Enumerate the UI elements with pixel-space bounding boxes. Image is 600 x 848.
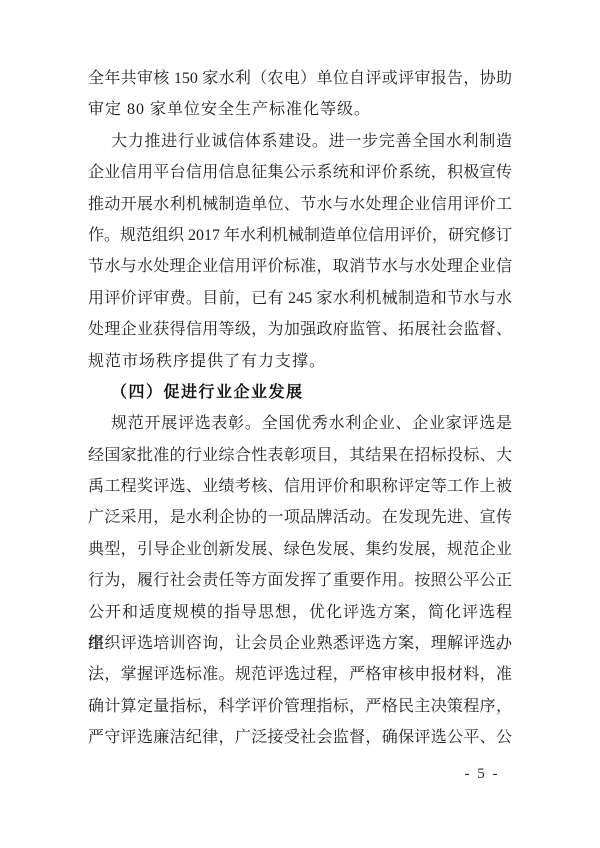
text-line: 企业信用平台信用信息征集公示系统和评价系统，积极宣传 [88,157,512,188]
text-line: 全年共审核 150 家水利（农电）单位自评或评审报告，协助 [88,63,512,94]
text-line: 公开和适度规模的指导思想，优化评选方案，简化评选程序。 [88,597,512,628]
text-line: 规范开展评选表彰。全国优秀水利企业、企业家评选是 [88,408,512,439]
document-page: 全年共审核 150 家水利（农电）单位自评或评审报告，协助 审定 80 家单位安… [0,0,600,848]
text-line: 严守评选廉洁纪律，广泛接受社会监督，确保评选公平、公 [88,722,512,753]
text-line: 禹工程奖评选、业绩考核、信用评价和职称评定等工作上被 [88,471,512,502]
text-line: 确计算定量指标，科学评价管理指标，严格民主决策程序， [88,691,512,722]
text-line: 大力推进行业诚信体系建设。进一步完善全国水利制造 [88,126,512,157]
text-line: 推动开展水利机械制造单位、节水与水处理企业信用评价工 [88,189,512,220]
text-line: 用评价评审费。目前，已有 245 家水利机械制造和节水与水 [88,283,512,314]
text-line: 审定 80 家单位安全生产标准化等级。 [88,94,512,125]
text-line: 组织评选培训咨询，让会员企业熟悉评选方案，理解评选办 [88,628,512,659]
text-line: 处理企业获得信用等级，为加强政府监管、拓展社会监督、 [88,314,512,345]
text-line: 广泛采用，是水利企协的一项品牌活动。在发现先进、宣传 [88,502,512,533]
text-line: 法，掌握评选标准。规范评选过程，严格审核申报材料，准 [88,659,512,690]
text-line: 作。规范组织 2017 年水利机械制造单位信用评价，研究修订 [88,220,512,251]
page-number: - 5 - [452,766,512,783]
text-line: 行为，履行社会责任等方面发挥了重要作用。按照公平公正 [88,565,512,596]
body-text: 全年共审核 150 家水利（农电）单位自评或评审报告，协助 审定 80 家单位安… [88,63,512,754]
text-line: 典型，引导企业创新发展、绿色发展、集约发展，规范企业 [88,534,512,565]
text-line: 节水与水处理企业信用评价标准，取消节水与水处理企业信 [88,251,512,282]
text-line: 规范市场秩序提供了有力支撑。 [88,346,512,377]
section-heading: （四）促进行业企业发展 [88,377,512,408]
text-line: 经国家批准的行业综合性表彰项目，其结果在招标投标、大 [88,440,512,471]
